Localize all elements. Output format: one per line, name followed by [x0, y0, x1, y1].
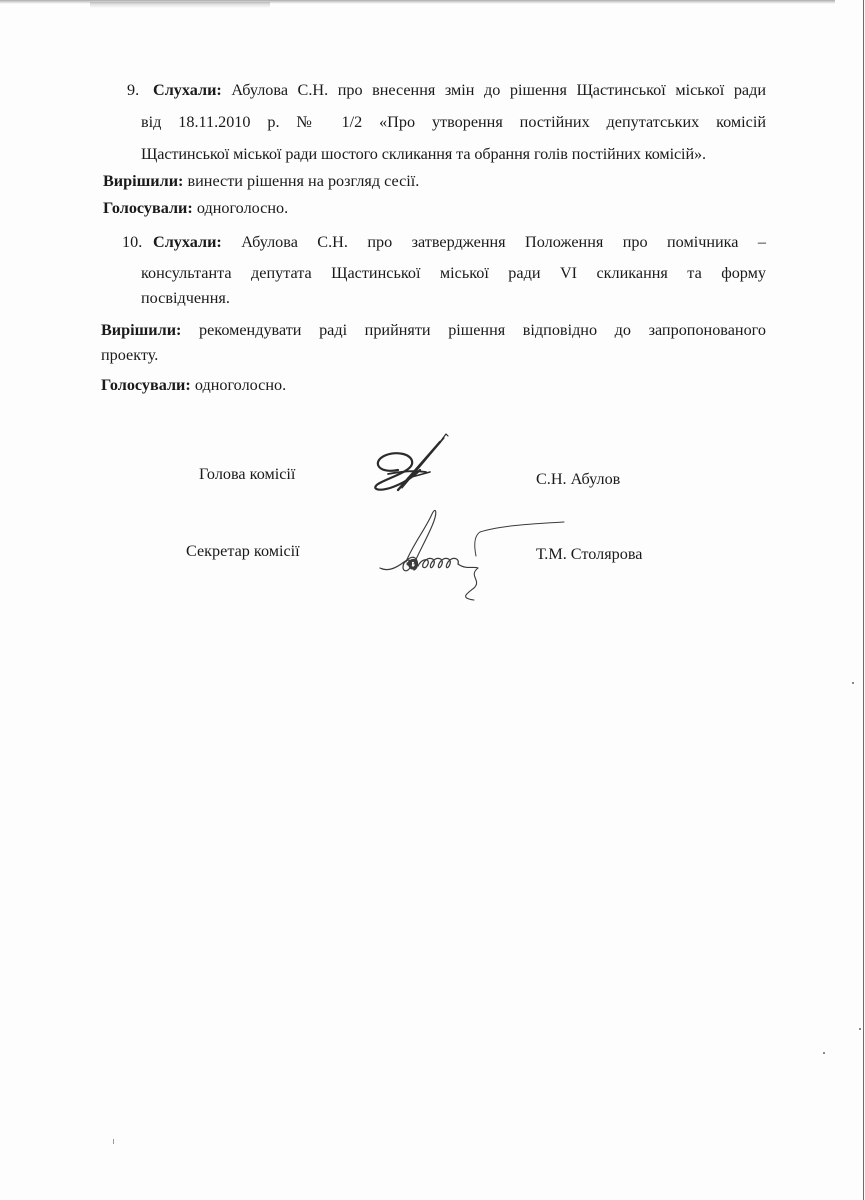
scan-speck: [852, 682, 854, 684]
voted-line: Голосували: одноголосно.: [103, 198, 288, 218]
scan-speck: [859, 1028, 861, 1030]
scanned-page: 9. Слухали: Абулова С.Н. про внесення зм…: [0, 0, 865, 1200]
voted-text: одноголосно.: [197, 199, 288, 217]
decided-label: Вирішили:: [103, 172, 183, 190]
heard-label: Слухали:: [153, 81, 222, 99]
secretary-role: Секретар комісії: [186, 541, 300, 561]
scan-smudge: [90, 2, 270, 8]
heard-line-2: від 18.11.2010 р. № 1/2 «Про утворення п…: [141, 112, 766, 132]
item-number: 10.: [122, 232, 142, 252]
decided-line-2: проекту.: [101, 345, 158, 365]
heard-text: Абулова С.Н. про затвердження Положення …: [241, 233, 766, 251]
scan-right-edge: [863, 0, 864, 1200]
voted-label: Голосували:: [103, 199, 193, 217]
heard-text: Абулова С.Н. про внесення змін до рішенн…: [231, 81, 766, 99]
chairman-role: Голова комісії: [199, 464, 295, 484]
secretary-name: Т.М. Столярова: [536, 544, 642, 564]
chairman-signature-icon: [368, 432, 452, 494]
scan-speck: [113, 1139, 114, 1144]
item-number: 9.: [127, 80, 139, 100]
scan-speck: [823, 1052, 825, 1054]
heard-line-1: Слухали: Абулова С.Н. про затвердження П…: [153, 232, 766, 252]
decided-line: Вирішили: винести рішення на розгляд сес…: [103, 171, 419, 191]
heard-line-1: Слухали: Абулова С.Н. про внесення змін …: [153, 80, 766, 100]
voted-line: Голосували: одноголосно.: [101, 375, 286, 395]
decided-text: винести рішення на розгляд сесії.: [187, 172, 419, 190]
heard-line-3: Щастинської міської ради шостого скликан…: [141, 144, 766, 164]
voted-text: одноголосно.: [195, 376, 286, 394]
heard-line-2: консультанта депутата Щастинської місько…: [141, 263, 766, 283]
heard-label: Слухали:: [153, 233, 222, 251]
decided-text: рекомендувати раді прийняти рішення відп…: [199, 321, 766, 339]
decided-label: Вирішили:: [101, 321, 181, 339]
chairman-name: С.Н. Абулов: [536, 469, 620, 489]
voted-label: Голосували:: [101, 376, 191, 394]
decided-line-1: Вирішили: рекомендувати раді прийняти рі…: [101, 320, 766, 340]
heard-line-3: посвідчення.: [141, 288, 230, 308]
